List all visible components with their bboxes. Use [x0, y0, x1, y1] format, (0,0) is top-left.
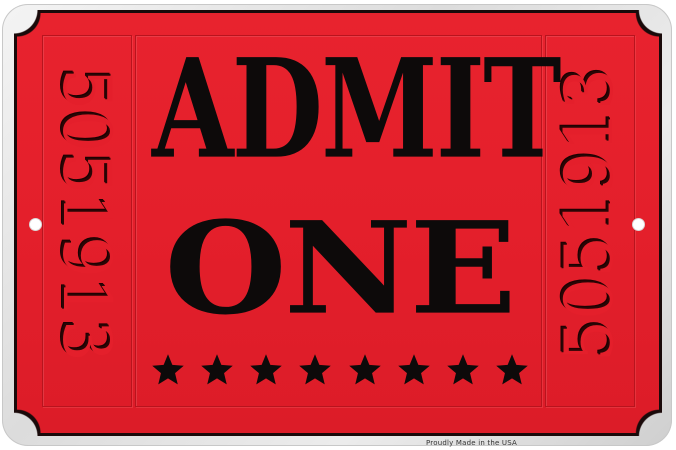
star-icon — [347, 352, 383, 388]
headline-one: ONE — [136, 205, 542, 332]
star-icon — [396, 352, 432, 388]
mounting-hole-right — [633, 219, 644, 230]
footer-made-in-usa: Proudly Made in the USA — [426, 439, 517, 447]
headline-admit: ADMIT — [152, 42, 526, 179]
ticket-number-left: 5051913 — [53, 68, 119, 362]
star-row — [150, 350, 530, 390]
ticket-number-right: 5051913 — [557, 68, 623, 362]
star-icon — [445, 352, 481, 388]
star-icon — [494, 352, 530, 388]
star-icon — [248, 352, 284, 388]
star-icon — [199, 352, 235, 388]
star-icon — [297, 352, 333, 388]
star-icon — [150, 352, 186, 388]
mounting-hole-left — [30, 219, 41, 230]
